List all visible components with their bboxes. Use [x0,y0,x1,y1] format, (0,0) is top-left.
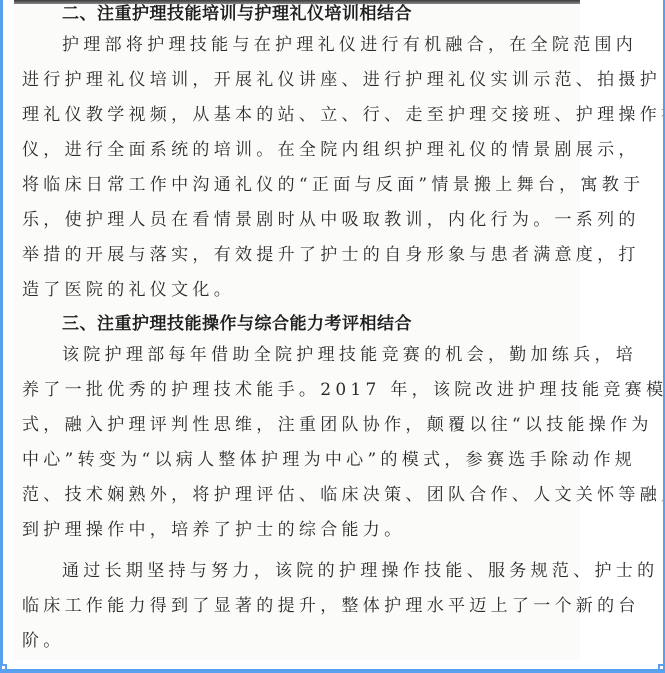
paragraph-line: 仪，进行全面系统的培训。在全院内组织护理礼仪的情景剧展示， [22,133,578,168]
paragraph-line: 护理部将护理技能与在护理礼仪进行有机融合，在全院范围内 [22,28,578,63]
paragraph-etiquette-training: 护理部将护理技能与在护理礼仪进行有机融合，在全院范围内 进行护理礼仪培训，开展礼… [22,28,578,308]
paragraph-line: 范、技术娴熟外，将护理评估、临床决策、团队合作、人文关怀等融入 [22,478,578,513]
frame-border-bottom [0,669,665,673]
paragraph-line: 该院护理部每年借助全院护理技能竞赛的机会，勤加练兵，培 [22,338,578,373]
paragraph-skills-competition: 该院护理部每年借助全院护理技能竞赛的机会，勤加练兵，培 养了一批优秀的护理技术能… [22,338,578,548]
paragraph-conclusion: 通过长期坚持与努力，该院的护理操作技能、服务规范、护士的 临床工作能力得到了显著… [22,554,578,659]
frame-border-left [0,0,3,668]
paragraph-line: 将临床日常工作中沟通礼仪的“正面与反面”情景搬上舞台，寓教于 [22,168,578,203]
section-heading-3: 三、注重护理技能操作与综合能力考评相结合 [22,312,578,336]
paragraph-line: 进行护理礼仪培训，开展礼仪讲座、进行护理礼仪实训示范、拍摄护 [22,63,578,98]
paragraph-line: 临床工作能力得到了显著的提升，整体护理水平迈上了一个新的台 [22,589,578,624]
paragraph-line: 到护理操作中，培养了护士的综合能力。 [22,513,578,548]
paragraph-line: 乐，使护理人员在看情景剧时从中吸取教训，内化行为。一系列的 [22,203,578,238]
paragraph-line: 阶。 [22,624,578,659]
paragraph-line: 举措的开展与落实，有效提升了护士的自身形象与患者满意度，打 [22,238,578,273]
section-heading-2: 二、注重护理技能培训与护理礼仪培训相结合 [22,2,578,26]
paragraph-line: 理礼仪教学视频，从基本的站、立、行、走至护理交接班、护理操作礼 [22,98,578,133]
paragraph-line: 式，融入护理评判性思维，注重团队协作，颠覆以往“以技能操作为 [22,408,578,443]
document-content: 二、注重护理技能培训与护理礼仪培训相结合 护理部将护理技能与在护理礼仪进行有机融… [22,2,578,659]
paragraph-line: 造了医院的礼仪文化。 [22,273,578,308]
paragraph-line: 中心”转变为“以病人整体护理为中心”的模式，参赛选手除动作规 [22,443,578,478]
paragraph-line: 通过长期坚持与努力，该院的护理操作技能、服务规范、护士的 [22,554,578,589]
image-selection-frame[interactable]: 二、注重护理技能培训与护理礼仪培训相结合 护理部将护理技能与在护理礼仪进行有机融… [0,0,665,673]
resize-handle-bottom-left[interactable] [0,664,7,671]
paragraph-line: 养了一批优秀的护理技术能手。2017 年，该院改进护理技能竞赛模 [22,373,578,408]
resize-handle-bottom-right[interactable] [658,664,665,671]
